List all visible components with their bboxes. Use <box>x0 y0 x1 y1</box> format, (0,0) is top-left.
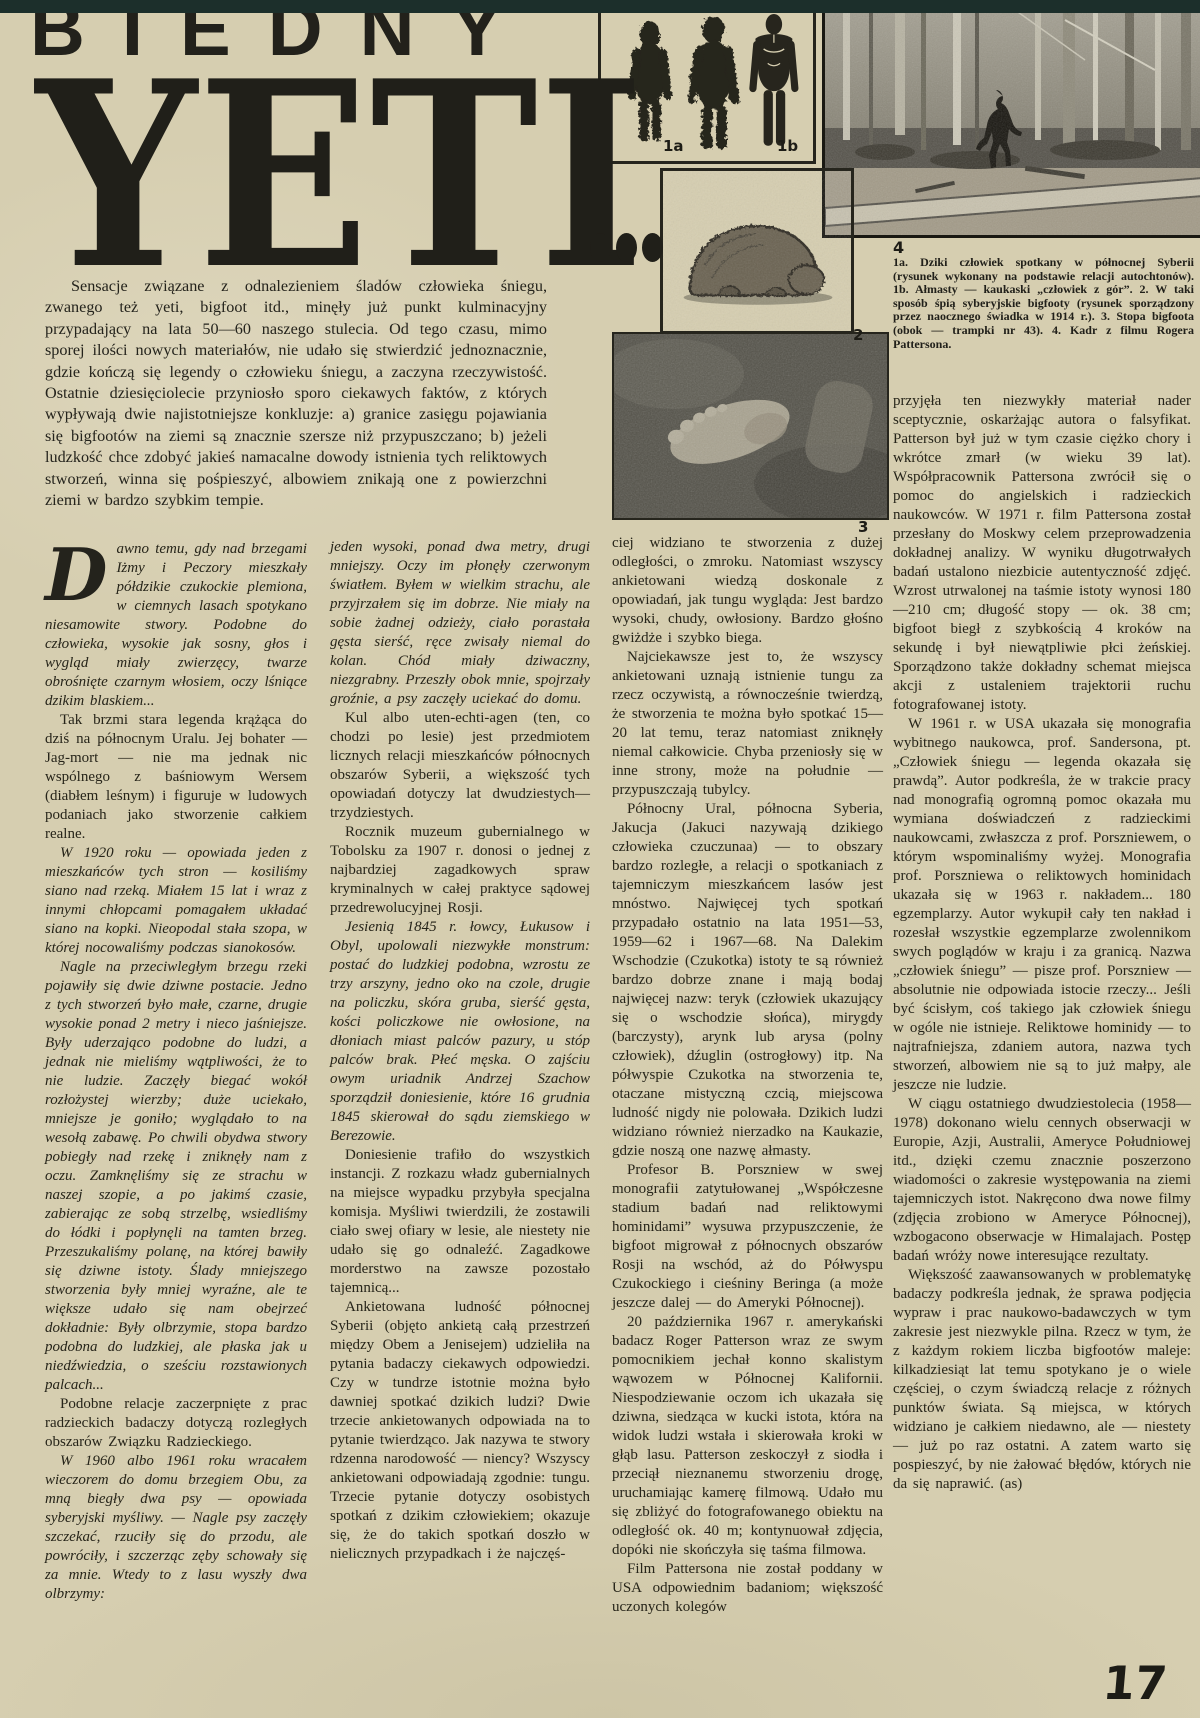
body-paragraph: Profesor B. Porszniew w swej monografii … <box>612 1161 883 1313</box>
body-paragraph: Kul albo uten-echti-agen (ten, co chodzi… <box>330 709 590 823</box>
title-dot <box>616 233 637 262</box>
body-paragraph: Podobne relacje zaczerpnięte z prac radz… <box>45 1395 307 1452</box>
body-paragraph: Tak brzmi stara legenda krążąca do dziś … <box>45 711 307 844</box>
body-paragraph: Nagle na przeciwległym brzegu rzeki poja… <box>45 958 307 1395</box>
figures-caption: 1a. Dziki człowiek spotkany w północnej … <box>893 256 1194 351</box>
title-ellipsis-dots <box>590 233 663 262</box>
text-column-2: jeden wysoki, ponad dwa metry, drugi mni… <box>330 538 590 1564</box>
figure-label-2: 2 <box>853 326 863 344</box>
page-number: 17 <box>1101 1656 1170 1710</box>
text-column-4: przyjęła ten niezwykły materiał nader sc… <box>893 392 1191 1494</box>
top-edge-bar <box>0 0 1200 13</box>
body-paragraph: Rocznik muzeum gubernialnego w Tobolsku … <box>330 823 590 918</box>
sleeping-creature-illustration <box>663 171 851 331</box>
dropcap-letter: D <box>45 547 107 603</box>
body-paragraph: Film Pattersona nie został poddany w USA… <box>612 1560 883 1617</box>
muscular-hominid-figure <box>749 14 799 146</box>
body-paragraph: W 1960 albo 1961 roku wracałem wieczorem… <box>45 1452 307 1604</box>
forest-photo <box>825 0 1200 235</box>
photo-bigfoot-footprint <box>612 332 889 520</box>
body-paragraph: W 1920 roku — opowiada jeden z mieszkańc… <box>45 844 307 958</box>
figure-label-1a: 1a <box>663 137 684 155</box>
main-title: YETI <box>36 48 645 304</box>
magazine-page: BIEDNY YETI <box>0 0 1200 1718</box>
body-paragraph: Północny Ural, północna Syberia, Jakucja… <box>612 800 883 1161</box>
figure-2-sleeping-creature <box>660 168 854 334</box>
title-dot <box>642 233 663 262</box>
body-paragraph: przyjęła ten niezwykły materiał nader sc… <box>893 392 1191 715</box>
body-paragraph: 20 października 1967 r. amerykański bada… <box>612 1313 883 1560</box>
text-column-1: Dawno temu, gdy nad brzegami Iżmy i Pecz… <box>45 540 307 1604</box>
body-paragraph: jeden wysoki, ponad dwa metry, drugi mni… <box>330 538 590 709</box>
body-paragraph: Ankietowana ludność północnej Syberii (o… <box>330 1298 590 1564</box>
shaggy-creature-tall <box>686 15 739 148</box>
body-paragraph: Jesienią 1845 r. łowcy, Łukusow i Obyl, … <box>330 918 590 1146</box>
body-paragraph: Doniesienie trafiło do wszystkich instan… <box>330 1146 590 1298</box>
body-paragraph: ciej widziano te stworzenia z dużej odle… <box>612 534 883 648</box>
body-paragraph: W ciągu ostatniego dwudziestolecia (1958… <box>893 1095 1191 1266</box>
body-paragraph: Dawno temu, gdy nad brzegami Iżmy i Pecz… <box>45 540 307 711</box>
photo-patterson-film-frame <box>822 0 1200 238</box>
figure-label-4: 4 <box>893 238 904 257</box>
body-paragraph: Najciekawsze jest to, że wszyscy ankieto… <box>612 648 883 800</box>
footprint-photo <box>614 334 887 518</box>
text-column-3: ciej widziano te stworzenia z dużej odle… <box>612 534 883 1617</box>
title-dot <box>590 233 611 262</box>
figure-label-1b: 1b <box>777 137 798 155</box>
body-paragraph: Większość zaawansowanych w problematykę … <box>893 1266 1191 1494</box>
body-paragraph: W 1961 r. w USA ukazała się monografia w… <box>893 715 1191 1095</box>
figure-label-3: 3 <box>858 518 868 536</box>
